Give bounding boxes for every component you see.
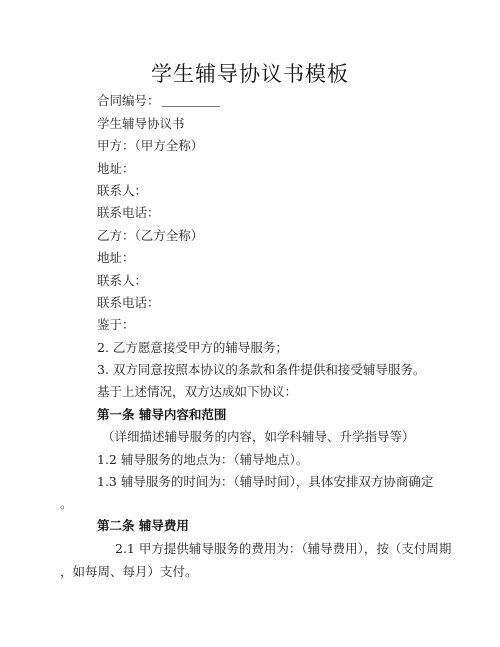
party-b-phone: 联系电话： [97,295,160,311]
document-title: 学生辅导协议书模板 [0,58,500,88]
clause-1-3: 1.3 辅导服务的时间为：（辅导时间），具体安排双方协商确定 [97,474,433,490]
article-1-heading: 第一条 辅导内容和范围 [97,407,226,423]
document-subtitle: 学生辅导协议书 [97,116,185,132]
clause-2-1: 2.1 甲方提供辅导服务的费用为：（辅导费用），按（支付周期 [115,541,451,557]
party-b-line: 乙方：（乙方全称） [97,228,203,244]
contract-number-label: 合同编号： [97,93,160,108]
article-2-heading: 第二条 辅导费用 [97,518,189,534]
party-b-contact: 联系人： [97,273,147,289]
contract-number-blank [162,96,220,107]
whereas-item-3: 3. 双方同意按照本协议的条款和条件提供和接受辅导服务。 [97,362,425,378]
party-b-address: 地址： [97,250,135,266]
whereas-conclusion: 基于上述情况，双方达成如下协议： [97,384,297,400]
clause-2-1-wrap: ，如每周、每月）支付。 [60,564,198,580]
document-page: 学生辅导协议书模板 合同编号： 学生辅导协议书 甲方：（甲方全称） 地址： 联系… [0,0,500,647]
party-a-phone: 联系电话： [97,205,160,221]
party-a-contact: 联系人： [97,183,147,199]
whereas-label: 鉴于： [97,317,135,333]
party-a-line: 甲方：（甲方全称） [97,138,203,154]
article-1-description: （详细描述辅导服务的内容，如学科辅导、升学指导等） [102,429,415,445]
party-a-address: 地址： [97,161,135,177]
contract-number-line: 合同编号： [97,93,220,109]
whereas-item-2: 2. 乙方愿意接受甲方的辅导服务； [97,340,288,356]
clause-1-2: 1.2 辅导服务的地点为：（辅导地点）。 [97,452,308,468]
clause-1-3-wrap: 。 [60,496,73,512]
